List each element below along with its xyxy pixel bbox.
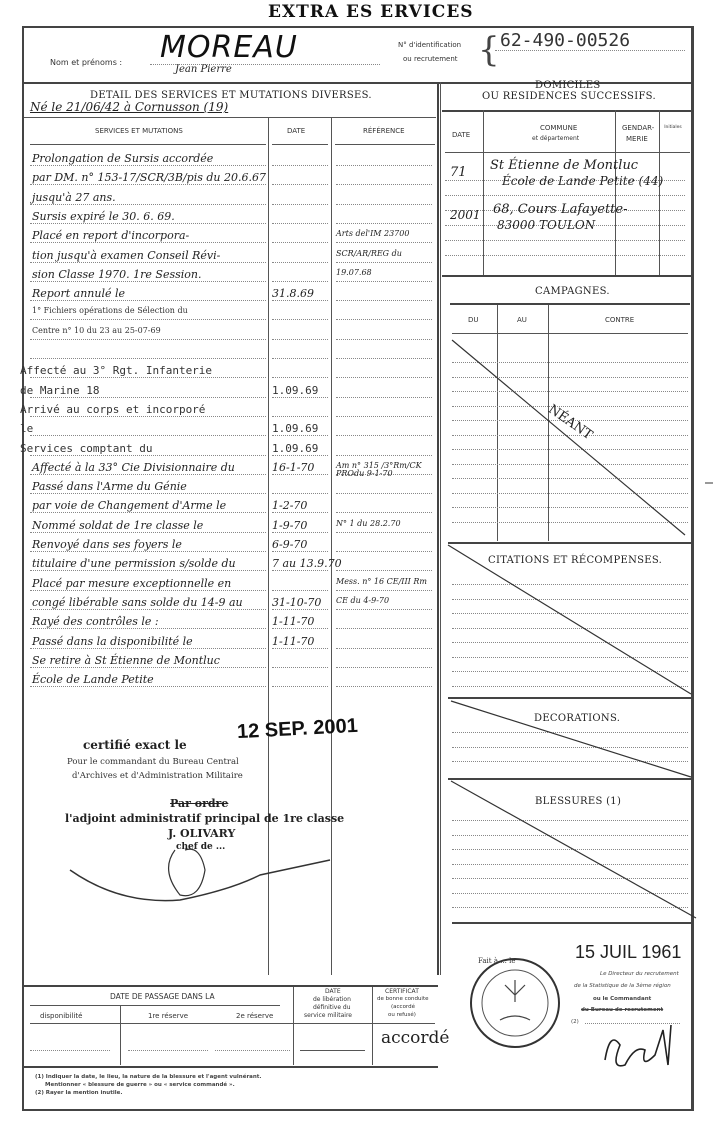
service-row-text: Affecté à la 33° Cie Divisionnaire du [32,461,235,474]
service-row-text: Se retire à St Étienne de Montluc [32,654,220,667]
signatory-role: chef de ... [176,842,225,852]
col-services: SERVICES ET MUTATIONS [95,127,183,135]
dom-col-commune-2: et département [532,135,579,142]
dom-col-initials: Initiales [662,125,684,130]
service-row-text: Services comptant du [20,442,152,455]
dom-row-1-commune: St Étienne de Montluc [490,158,638,173]
service-row-date: 31.8.69 [272,287,314,300]
dom-row-2-date: 2001 [450,208,481,222]
dom-row-2-commune: 68, Cours Lafayette- [493,202,628,217]
service-row-text: Affecté au 3° Rgt. Infanterie [20,364,212,377]
service-row-text: titulaire d'une permission s/solde du [32,557,236,570]
service-row-text: congé libérable sans solde du 14-9 au [32,596,243,609]
dom-row-1-date: 71 [450,165,467,180]
passage-col-liberation-2: de libération [313,996,351,1003]
dom-row-2-commune-2: 83000 TOULON [497,218,595,232]
service-row-text: tion jusqu'à examen Conseil Révi- [32,249,220,262]
service-row-text: sion Classe 1970. 1re Session. [32,268,201,281]
service-row-text: Passé dans l'Arme du Génie [32,480,187,493]
dom-col-gendarmerie: GENDAR- [622,124,654,132]
service-row-text: Arrivé au corps et incorporé [20,403,205,416]
service-row-text: Centre n° 10 du 23 au 25-07-69 [32,326,161,335]
signatory-name: J. OLIVARY [168,827,235,840]
passage-col-liberation: DATE [325,988,341,995]
dom-col-date: DATE [452,131,470,139]
camp-col-contre: CONTRE [605,316,634,324]
director-line-2: de la Statistique de la 3ème région [574,983,671,989]
service-row-reference: SCR/AR/REG du [336,250,434,258]
domiciles-title-1: DOMICILES [535,80,601,91]
service-row-date: 1-11-70 [272,615,314,628]
passage-col-certificat-4: ou refusé) [388,1012,416,1018]
service-row-date: 7 au 13.9.70 [272,557,342,570]
blessures-title: BLESSURES (1) [535,796,621,807]
passage-col-disponibilite: disponibilité [40,1012,82,1020]
service-row-text: Sursis expiré le 30. 6. 69. [32,210,175,223]
service-row-text: par voie de Changement d'Arme le [32,499,226,512]
id-number: 62-490-00526 [500,30,630,51]
campagnes-title: CAMPAGNES. [535,286,610,297]
service-row-reference: CE du 4-9-70 [336,597,434,605]
service-row-reference: N° 1 du 28.2.70 [336,520,434,528]
certified-label: certifié exact le [83,738,187,752]
surname: MOREAU [160,30,298,65]
footnote-2: (2) Rayer la mention inutile. [35,1090,122,1096]
service-row-text: Prolongation de Sursis accordée [32,152,213,165]
service-row-text: Renvoyé dans ses foyers le [32,538,182,551]
issue-date: 15 JUIL 1961 [575,942,681,963]
document-title: EXTRA ES ERVICES [268,2,474,22]
service-row-text: de Marine 18 [20,384,99,397]
dom-col-commune: COMMUNE [540,124,577,132]
given-names: Jean Pierre [175,64,232,75]
passage-header: DATE DE PASSAGE DANS LA [110,992,215,1001]
adjoint-title: l'adjoint administratif principal de 1re… [65,812,344,825]
for-commander: Pour le commandant du Bureau Central [67,757,239,767]
passage-col-reserve1: 1re réserve [148,1012,188,1020]
footnote-1: (1) Indiquer la date, le lieu, la nature… [35,1074,262,1080]
passage-col-liberation-4: service militaire [304,1012,352,1019]
service-row-text: Placé en report d'incorpora- [32,229,189,242]
service-row-text: École de Lande Petite [32,673,154,686]
domiciles-title-2: OU RESIDENCES SUCCESSIFS. [482,91,656,102]
service-row-date: 1-9-70 [272,519,307,532]
service-row-text: le [20,422,33,435]
service-row-text: jusqu'à 27 ans. [32,191,116,204]
service-row-reference: Arts del'IM 23700 [336,230,434,238]
col-reference: RÉFÉRENCE [363,127,405,135]
service-row-date: 31-10-70 [272,596,321,609]
service-row-date: 1.09.69 [272,422,318,435]
archives-line: d'Archives et d'Administration Militaire [72,771,243,781]
note-ref: (2) [571,1019,579,1025]
camp-col-au: AU [517,316,527,324]
col-date: DATE [287,127,305,135]
certificat-value: accordé [381,1028,449,1048]
footnote-1b: Mentionner « blessure de guerre » ou « s… [45,1082,235,1088]
decorations-title: DECORATIONS. [534,713,620,724]
service-row-text: par DM. n° 153-17/SCR/3B/pis du 20.6.67 [32,171,266,184]
passage-col-certificat-2: de bonne conduite [377,996,429,1002]
service-row-text: 1° Fichiers opérations de Sélection du [32,306,188,315]
passage-col-reserve2: 2e réserve [236,1012,273,1020]
service-row-date: 16-1-70 [272,461,314,474]
passage-col-certificat-3: (accordé [391,1004,415,1010]
issued-at: Fait à ... le [478,957,516,965]
service-row-date: 1-11-70 [272,635,314,648]
service-row-date: 1.09.69 [272,442,318,455]
camp-col-du: DU [468,316,479,324]
birth-note: Né le 21/06/42 à Cornusson (19) [30,100,228,114]
service-row-reference: Am n° 315 /3°Rm/CK PROdu 9-1-70 [336,462,434,478]
id-label: N° d'identification [398,41,461,49]
director-line-4: du Bureau de recrutement [581,1007,663,1013]
service-row-text: Report annulé le [32,287,125,300]
service-row-date: 1-2-70 [272,499,307,512]
service-row-text: Placé par mesure exceptionnelle en [32,577,231,590]
id-label-2: ou recrutement [403,55,458,63]
service-row-date: 1.09.69 [272,384,318,397]
service-row-date: 6-9-70 [272,538,307,551]
director-line-1: Le Directeur du recrutement [600,971,679,977]
dom-col-gendarmerie-2: MERIE [626,135,648,143]
service-row-text: Nommé soldat de 1re classe le [32,519,203,532]
passage-col-certificat: CERTIFICAT [385,988,419,995]
service-row-text: Rayé des contrôles le : [32,615,159,628]
by-order: Par ordre [170,797,228,810]
passage-col-liberation-3: définitive du [313,1004,351,1011]
service-row-reference: 19.07.68 [336,269,434,277]
dom-row-1-commune-2: École de Lande Petite (44) [502,174,663,188]
name-label: Nom et prénoms : [50,58,122,67]
service-row-text: Passé dans la disponibilité le [32,635,193,648]
service-row-reference: Mess. n° 16 CE/III Rm [336,578,434,586]
director-line-3: ou le Commandant [593,996,651,1002]
citations-title: CITATIONS ET RÉCOMPENSES. [488,555,662,566]
